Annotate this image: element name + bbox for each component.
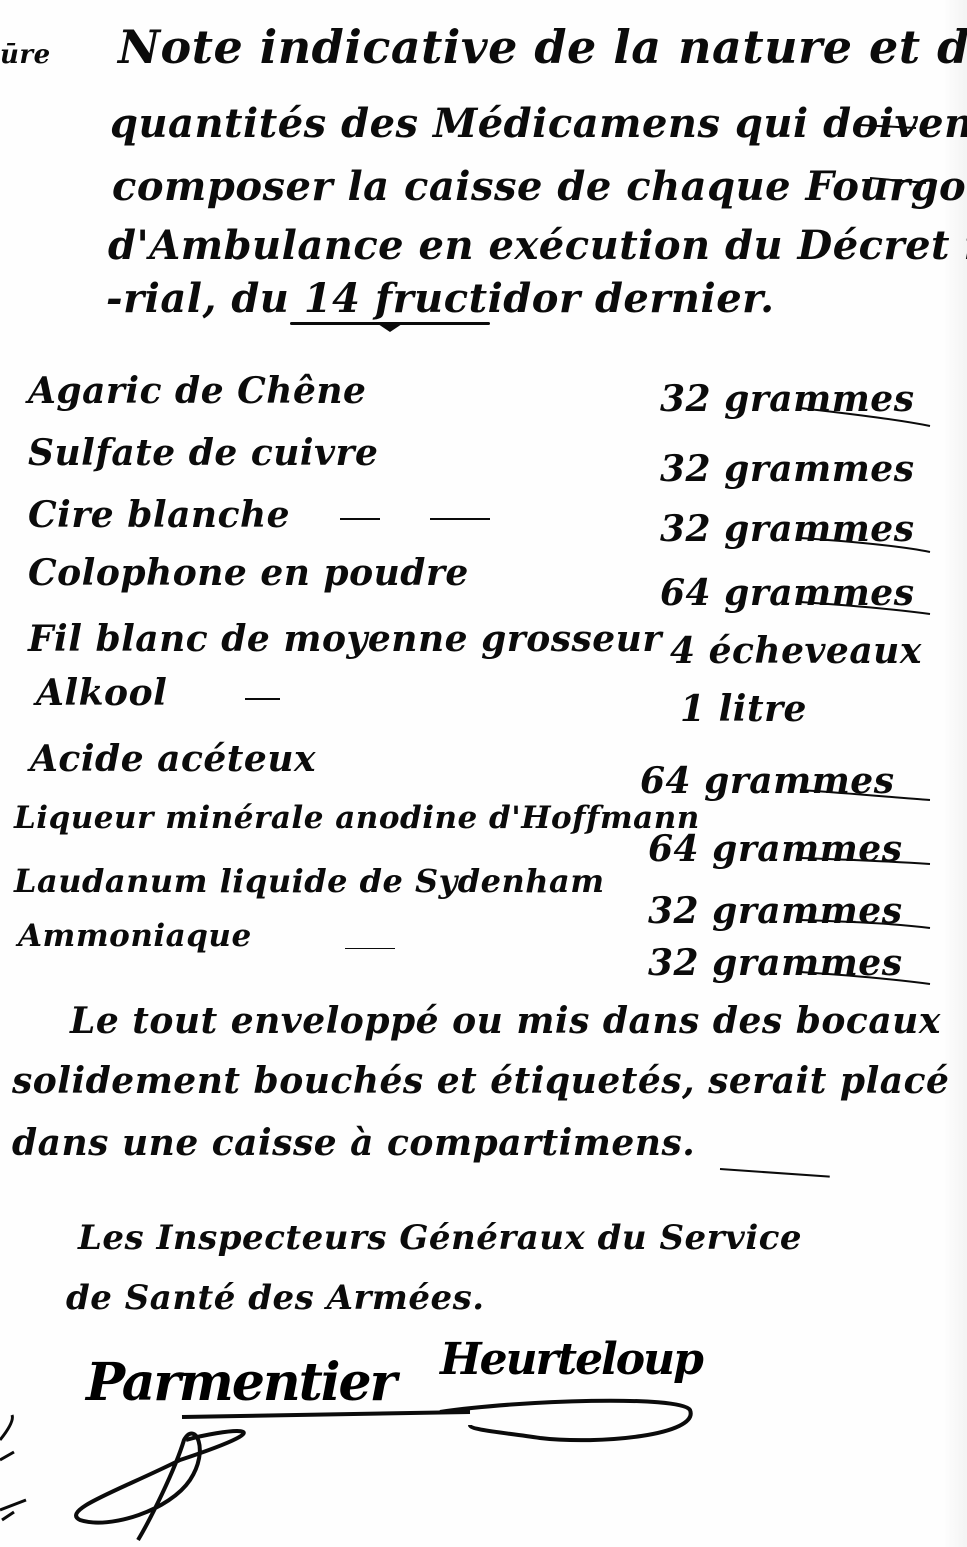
signature-flourish-icon	[0, 0, 967, 1547]
manuscript-page: ūre Note indicative de la nature et des …	[0, 0, 967, 1547]
